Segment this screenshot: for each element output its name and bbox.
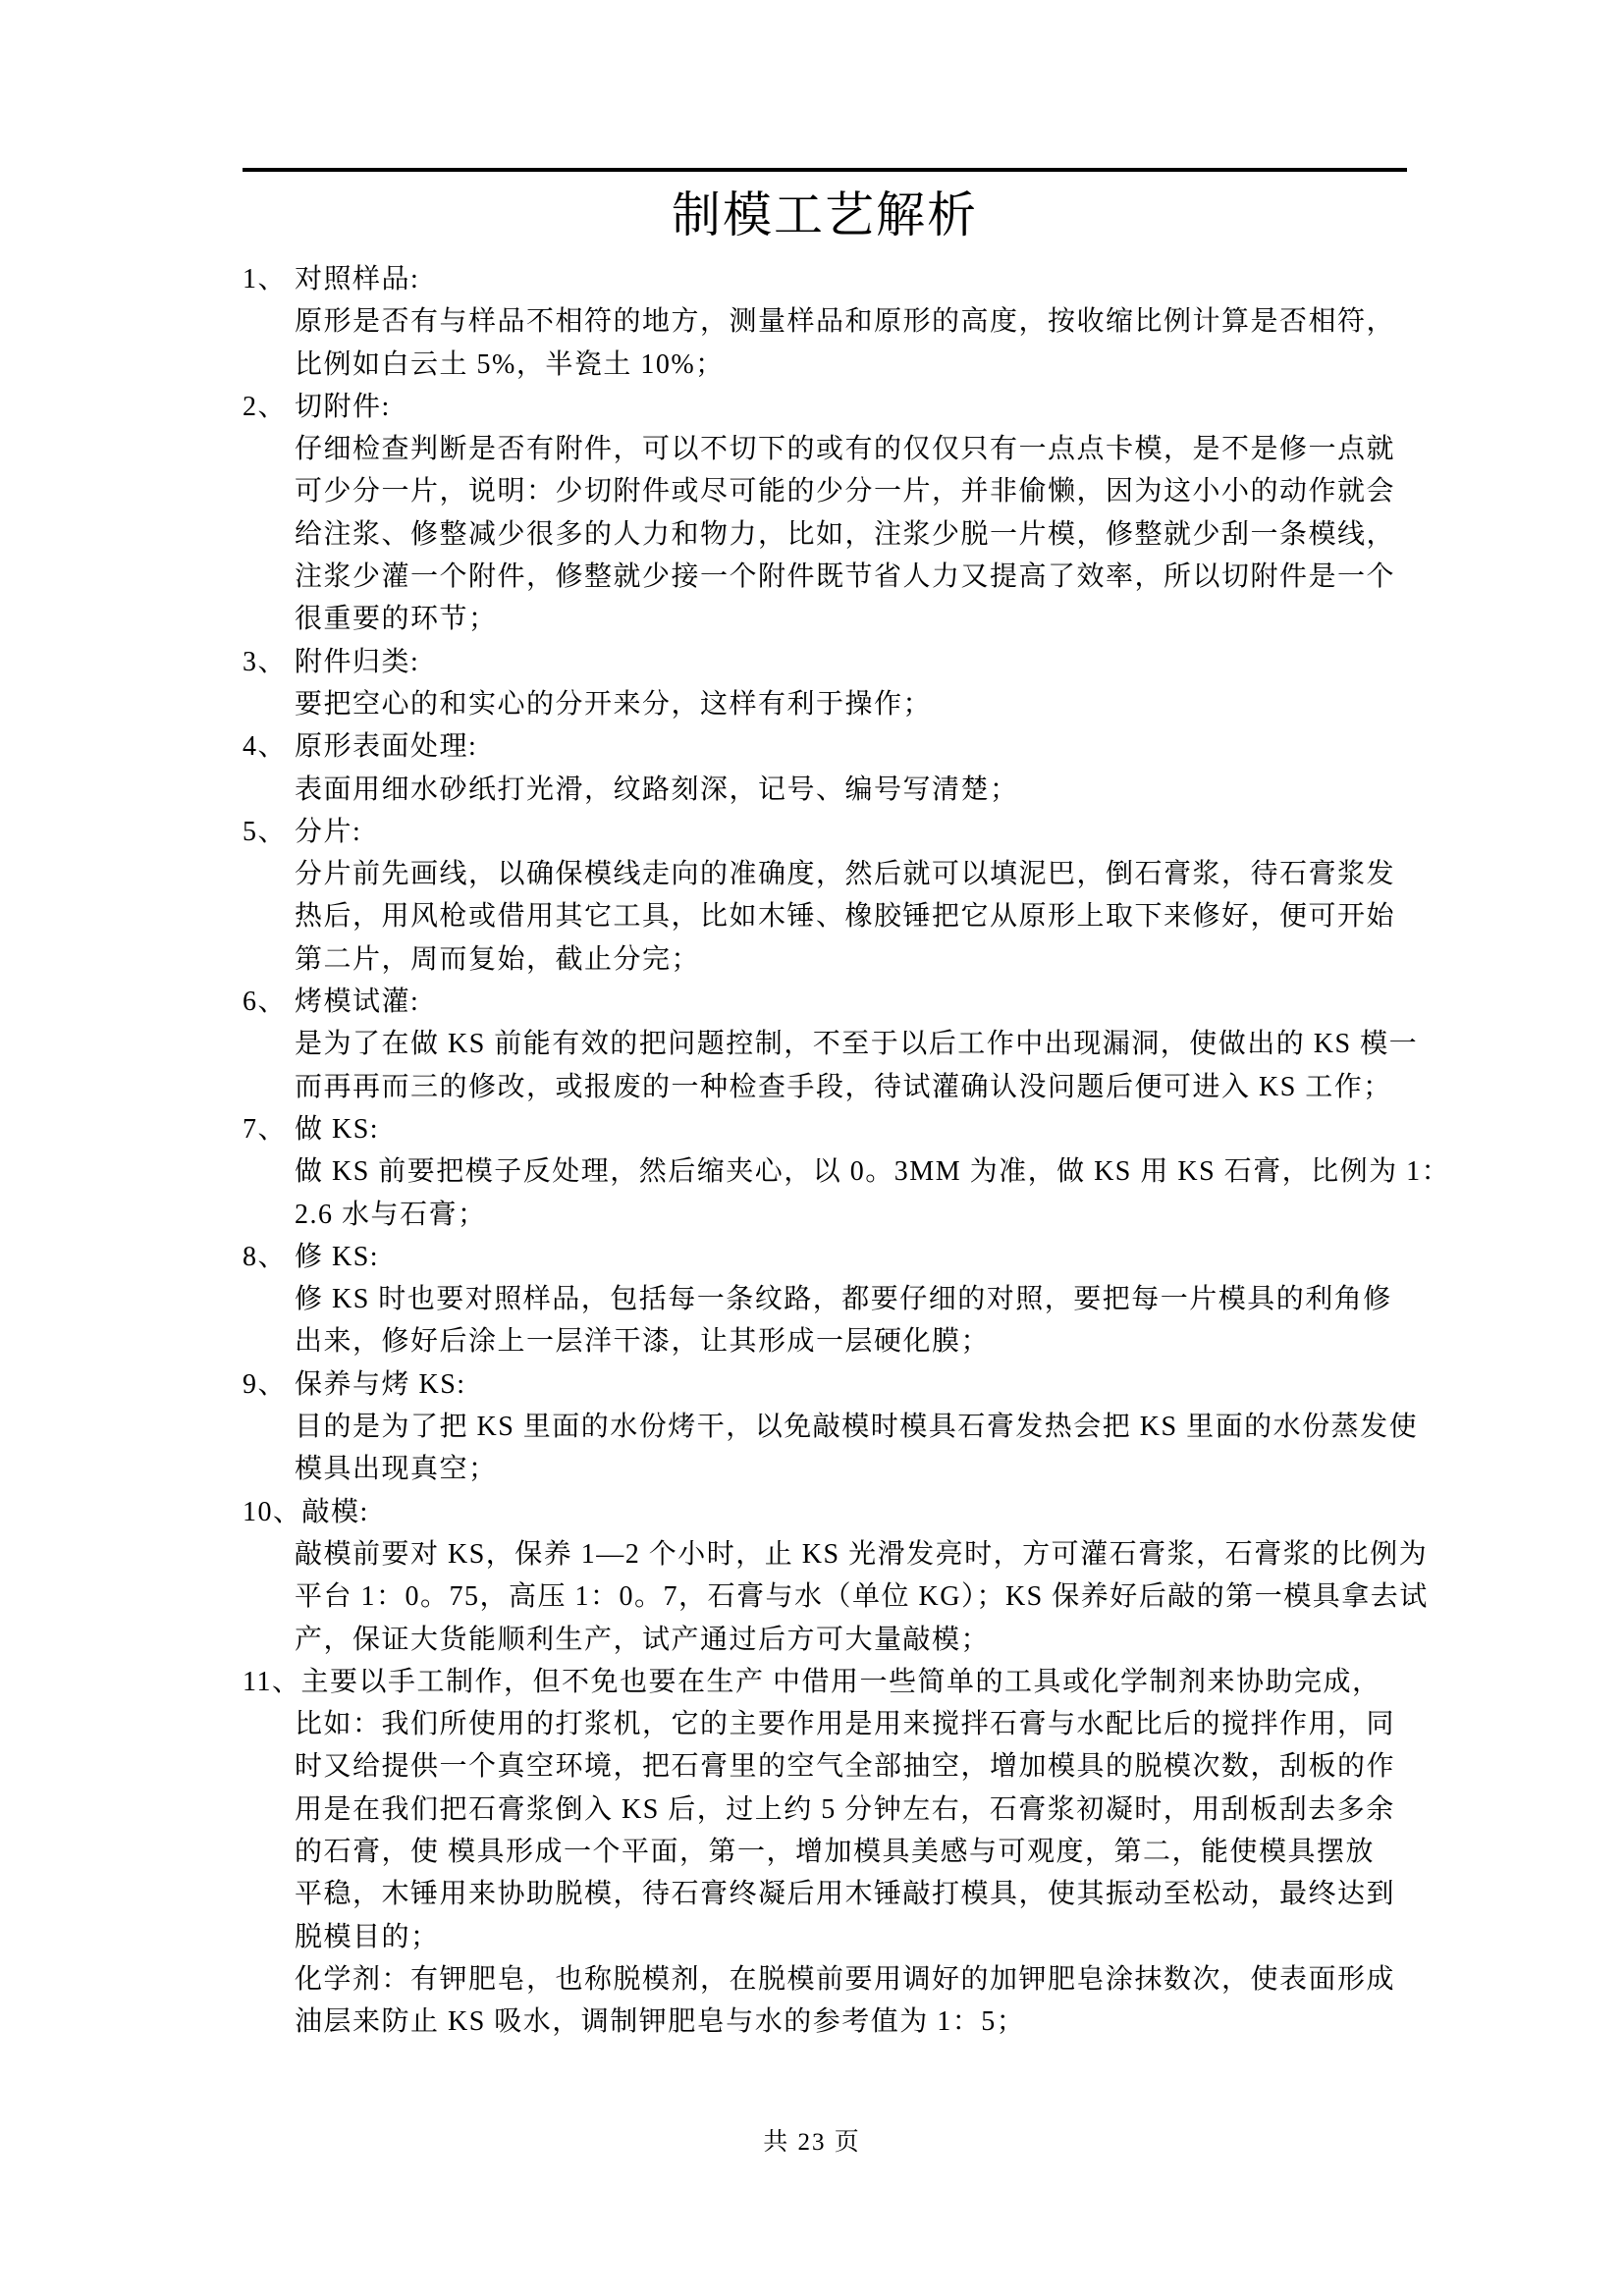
text-line: 出来，修好后涂上一层洋干漆，让其形成一层硬化膜； <box>243 1320 1431 1362</box>
text-line: 油层来防止 KS 吸水，调制钾肥皂与水的参考值为 1：5； <box>243 2001 1431 2043</box>
text-line: 模具出现真空； <box>243 1448 1431 1490</box>
list-item: 9、保养与烤 KS:目的是为了把 KS 里面的水份烤干，以免敲模时模具石膏发热会… <box>243 1363 1431 1491</box>
text-line: 1、对照样品: <box>243 258 1431 300</box>
item-number: 6、 <box>243 981 295 1023</box>
text-line: 第二片，周而复始，截止分完； <box>243 938 1431 981</box>
document-page: 制模工艺解析 1、对照样品:原形是否有与样品不相符的地方，测量样品和原形的高度，… <box>0 0 1624 2296</box>
item-first-line-text: 主要以手工制作，但不免也要在生产 中借用一些简单的工具或化学制剂来协助完成， <box>300 1667 1380 1697</box>
text-line: 7、做 KS: <box>243 1108 1431 1150</box>
item-number: 7、 <box>243 1108 295 1150</box>
text-line: 要把空心的和实心的分开来分，这样有利于操作； <box>243 683 1431 725</box>
item-number: 2、 <box>243 386 295 428</box>
text-line: 仔细检查判断是否有附件，可以不切下的或有的仅仅只有一点点卡模，是不是修一点就 <box>243 428 1431 470</box>
text-line: 的石膏，使 模具形成一个平面，第一，增加模具美感与可观度，第二，能使模具摆放 <box>243 1831 1431 1873</box>
text-line: 8、修 KS: <box>243 1236 1431 1278</box>
item-first-line-text: 切附件: <box>295 392 391 422</box>
text-line: 5、分片: <box>243 811 1431 853</box>
item-number: 5、 <box>243 811 295 853</box>
item-first-line-text: 对照样品: <box>295 264 419 294</box>
page-title: 制模工艺解析 <box>243 187 1407 243</box>
list-item: 8、修 KS:修 KS 时也要对照样品，包括每一条纹路，都要仔细的对照，要把每一… <box>243 1236 1431 1363</box>
text-line: 2、切附件: <box>243 386 1431 428</box>
text-line: 11、主要以手工制作，但不免也要在生产 中借用一些简单的工具或化学制剂来协助完成… <box>243 1661 1431 1703</box>
list-item: 2、切附件:仔细检查判断是否有附件，可以不切下的或有的仅仅只有一点点卡模，是不是… <box>243 386 1431 641</box>
header-rule <box>243 168 1407 172</box>
list-item: 6、烤模试灌:是为了在做 KS 前能有效的把问题控制，不至于以后工作中出现漏洞，… <box>243 981 1431 1108</box>
page-footer: 共 23 页 <box>0 2128 1624 2158</box>
item-first-line-text: 修 KS: <box>295 1242 379 1272</box>
text-line: 2.6 水与石膏； <box>243 1194 1431 1236</box>
item-first-line-text: 原形表面处理: <box>295 731 477 762</box>
text-line: 9、保养与烤 KS: <box>243 1363 1431 1406</box>
item-number: 11、 <box>243 1661 300 1703</box>
text-line: 很重要的环节； <box>243 598 1431 640</box>
list-item: 11、主要以手工制作，但不免也要在生产 中借用一些简单的工具或化学制剂来协助完成… <box>243 1661 1431 2044</box>
text-line: 平稳，木锤用来协助脱模，待石膏终凝后用木锤敲打模具，使其振动至松动，最终达到 <box>243 1873 1431 1915</box>
item-number: 10、 <box>243 1491 302 1533</box>
text-line: 脱模目的； <box>243 1916 1431 1958</box>
item-first-line-text: 保养与烤 KS: <box>295 1369 466 1400</box>
text-line: 注浆少灌一个附件，修整就少接一个附件既节省人力又提高了效率，所以切附件是一个 <box>243 556 1431 598</box>
text-line: 是为了在做 KS 前能有效的把问题控制，不至于以后工作中出现漏洞，使做出的 KS… <box>243 1023 1431 1065</box>
item-first-line-text: 做 KS: <box>295 1114 379 1145</box>
text-line: 可少分一片，说明：少切附件或尽可能的少分一片，并非偷懒，因为这小小的动作就会 <box>243 470 1431 512</box>
list-item: 5、分片:分片前先画线，以确保模线走向的准确度，然后就可以填泥巴，倒石膏浆，待石… <box>243 811 1431 981</box>
list-item: 7、做 KS:做 KS 前要把模子反处理，然后缩夹心，以 0。3MM 为准，做 … <box>243 1108 1431 1236</box>
item-number: 4、 <box>243 725 295 768</box>
content-list: 1、对照样品:原形是否有与样品不相符的地方，测量样品和原形的高度，按收缩比例计算… <box>243 258 1431 2043</box>
list-item: 10、敲模:敲模前要对 KS，保养 1—2 个小时，止 KS 光滑发亮时，方可灌… <box>243 1491 1431 1661</box>
text-line: 时又给提供一个真空环境，把石膏里的空气全部抽空，增加模具的脱模次数，刮板的作 <box>243 1745 1431 1788</box>
item-first-line-text: 敲模: <box>302 1497 369 1527</box>
text-line: 目的是为了把 KS 里面的水份烤干，以免敲模时模具石膏发热会把 KS 里面的水份… <box>243 1406 1431 1448</box>
text-line: 平台 1：0。75，高压 1：0。7，石膏与水（单位 KG）；KS 保养好后敲的… <box>243 1575 1431 1618</box>
list-item: 4、原形表面处理:表面用细水砂纸打光滑，纹路刻深，记号、编号写清楚； <box>243 725 1431 811</box>
list-item: 1、对照样品:原形是否有与样品不相符的地方，测量样品和原形的高度，按收缩比例计算… <box>243 258 1431 386</box>
text-line: 比如：我们所使用的打浆机，它的主要作用是用来搅拌石膏与水配比后的搅拌作用，同 <box>243 1703 1431 1745</box>
text-line: 热后，用风枪或借用其它工具，比如木锤、橡胶锤把它从原形上取下来修好，便可开始 <box>243 895 1431 937</box>
item-number: 1、 <box>243 258 295 300</box>
item-number: 3、 <box>243 641 295 683</box>
text-line: 6、烤模试灌: <box>243 981 1431 1023</box>
item-first-line-text: 附件归类: <box>295 647 419 677</box>
text-line: 敲模前要对 KS，保养 1—2 个小时，止 KS 光滑发亮时，方可灌石膏浆，石膏… <box>243 1533 1431 1575</box>
text-line: 化学剂：有钾肥皂，也称脱模剂，在脱模前要用调好的加钾肥皂涂抹数次，使表面形成 <box>243 1958 1431 2001</box>
text-line: 3、附件归类: <box>243 641 1431 683</box>
text-line: 做 KS 前要把模子反处理，然后缩夹心，以 0。3MM 为准，做 KS 用 KS… <box>243 1150 1431 1193</box>
text-line: 表面用细水砂纸打光滑，纹路刻深，记号、编号写清楚； <box>243 769 1431 811</box>
text-line: 给注浆、修整减少很多的人力和物力，比如，注浆少脱一片模，修整就少刮一条模线， <box>243 513 1431 556</box>
text-line: 比例如白云土 5%，半瓷土 10%； <box>243 344 1431 386</box>
text-line: 修 KS 时也要对照样品，包括每一条纹路，都要仔细的对照，要把每一片模具的利角修 <box>243 1278 1431 1320</box>
item-first-line-text: 烤模试灌: <box>295 987 419 1017</box>
text-line: 原形是否有与样品不相符的地方，测量样品和原形的高度，按收缩比例计算是否相符， <box>243 300 1431 343</box>
text-line: 10、敲模: <box>243 1491 1431 1533</box>
text-line: 而再再而三的修改，或报废的一种检查手段，待试灌确认没问题后便可进入 KS 工作； <box>243 1066 1431 1108</box>
item-number: 8、 <box>243 1236 295 1278</box>
text-line: 4、原形表面处理: <box>243 725 1431 768</box>
text-line: 分片前先画线，以确保模线走向的准确度，然后就可以填泥巴，倒石膏浆，待石膏浆发 <box>243 853 1431 895</box>
item-number: 9、 <box>243 1363 295 1406</box>
item-first-line-text: 分片: <box>295 817 361 847</box>
list-item: 3、附件归类:要把空心的和实心的分开来分，这样有利于操作； <box>243 641 1431 726</box>
text-line: 产，保证大货能顺利生产，试产通过后方可大量敲模； <box>243 1619 1431 1661</box>
text-line: 用是在我们把石膏浆倒入 KS 后，过上约 5 分钟左右，石膏浆初凝时，用刮板刮去… <box>243 1789 1431 1831</box>
